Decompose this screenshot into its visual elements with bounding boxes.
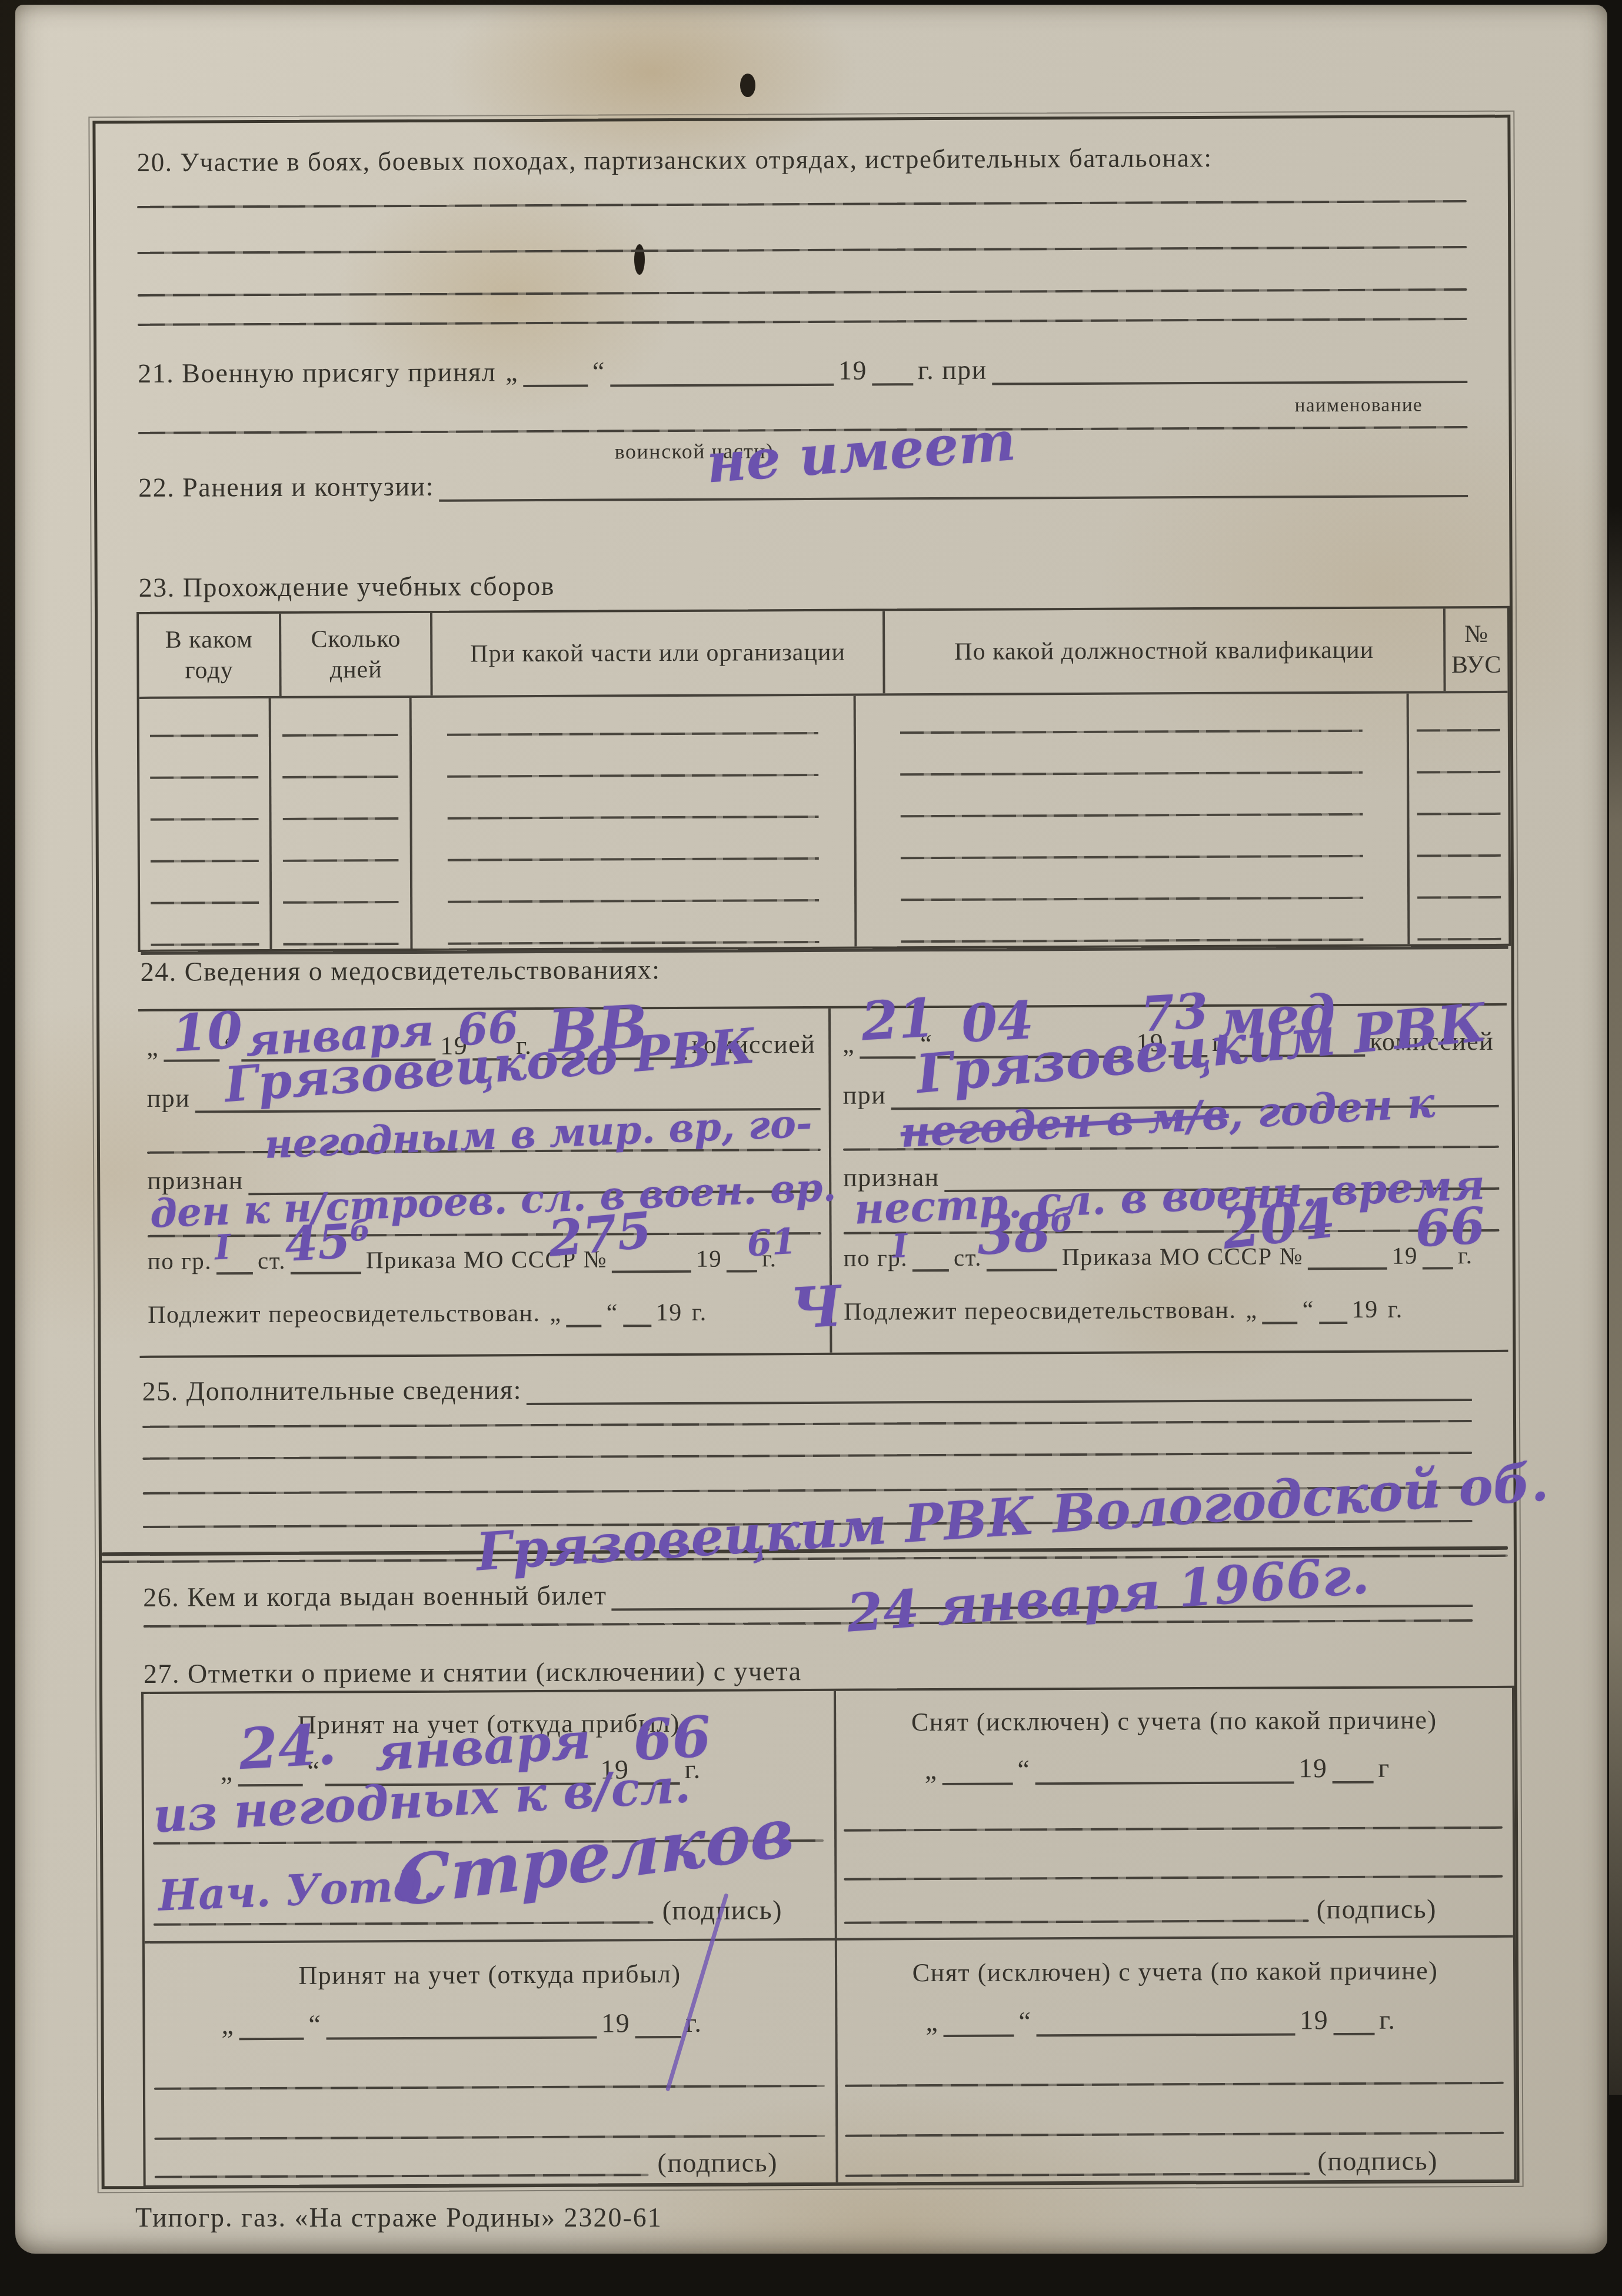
hw-gr: I	[891, 1226, 908, 1265]
g-label: г	[1373, 1752, 1395, 1783]
quote-close: “	[1012, 1753, 1035, 1785]
empty-cell	[412, 821, 854, 865]
empty-cell	[856, 777, 1407, 821]
blank-line	[845, 2132, 1504, 2137]
year-prefix: 19	[1295, 2004, 1333, 2035]
order-row: по гр. ст. Приказа МО СССР № 19 г.	[844, 1241, 1500, 1272]
year-prefix: 19	[691, 1245, 727, 1273]
accept-box-1: Принят на учет (откуда прибыл) „ “ 19 г.…	[144, 1691, 835, 1941]
quote-close: “	[304, 2009, 326, 2040]
accept-header: Принят на учет (откуда прибыл)	[145, 1958, 835, 1991]
blank-line	[844, 1875, 1503, 1881]
empty-cell	[272, 865, 410, 907]
empty-cell	[140, 907, 269, 950]
empty-cell	[412, 780, 854, 823]
reexam-month-blank	[1319, 1315, 1347, 1324]
empty-cell	[412, 863, 854, 907]
accept-box-2: Принят на учет (откуда прибыл) „ “ 19 г.…	[145, 1941, 836, 2185]
signature-line	[155, 2174, 649, 2178]
quote-close: “	[1297, 1296, 1318, 1324]
empty-cell	[271, 740, 409, 782]
table-col	[854, 694, 1408, 947]
blank-line	[137, 246, 1467, 254]
blank-line	[137, 200, 1467, 208]
reexam-month-blank	[623, 1317, 651, 1327]
blank-line	[138, 288, 1467, 297]
table-col	[409, 696, 855, 949]
g-label: г.	[1383, 1296, 1408, 1324]
year-blank	[872, 376, 913, 385]
year-prefix: 19	[834, 354, 872, 385]
day-blank	[943, 2027, 1014, 2037]
podpis-label: (подпись)	[1317, 2145, 1438, 2177]
remove-box-1: Снят (исключен) с учета (по какой причин…	[836, 1688, 1513, 1938]
blank-line	[845, 2082, 1504, 2087]
hw-order-no: 275	[546, 1200, 654, 1268]
empty-cell	[140, 866, 269, 908]
blank-line	[138, 318, 1467, 326]
date-row: „ “ 19 г.	[925, 2004, 1443, 2037]
g-label: г.	[1374, 2004, 1400, 2035]
col-header-unit: При какой части или организации	[430, 611, 883, 695]
quote-open: „	[545, 1299, 566, 1327]
hw-day: 24.	[237, 1712, 338, 1782]
year-blank	[1332, 1774, 1373, 1783]
hw-issued-by: Грязовецким РВК Вологодской об.	[474, 1451, 1550, 1582]
blank-line	[844, 1826, 1503, 1832]
col-header-vus: № ВУС	[1443, 608, 1508, 691]
table-header-row: В каком году Сколько дней При какой част…	[139, 608, 1508, 699]
section-27-label: 27. Отметки о приеме и снятии (исключени…	[144, 1655, 802, 1689]
section-22-label: 22. Ранения и контузии:	[138, 471, 439, 503]
year-blank	[635, 2029, 681, 2038]
po-gr-label: по гр.	[148, 1246, 217, 1275]
signature-line	[154, 1921, 654, 1926]
podpis-label: (подпись)	[657, 2147, 778, 2178]
hw-gr: I	[214, 1227, 232, 1267]
section-20-label: 20. Участие в боях, боевых походах, парт…	[137, 142, 1213, 178]
col-header-qualification: По какой должностной квалификации	[882, 608, 1443, 693]
month-blank	[326, 2029, 597, 2040]
quote-open: „	[842, 1029, 860, 1059]
blank-line	[154, 2085, 825, 2090]
hw-order-no: 204	[1219, 1186, 1338, 1262]
month-blank	[1035, 1774, 1294, 1785]
section-21-row: 21. Военную присягу принял „ “ 19 г. при	[138, 352, 1467, 389]
date-row: „ “ 19 г	[924, 1752, 1442, 1785]
remove-header: Снят (исключен) с учета (по какой причин…	[837, 1955, 1513, 1988]
year-prefix: 19	[1294, 1752, 1332, 1783]
quote-close: “	[1014, 2005, 1036, 2037]
order-blank	[612, 1263, 691, 1273]
table-col	[1407, 693, 1509, 944]
medical-exams-area: „ “ 19 г. комиссией 10 января 66 ВВ при	[138, 1003, 1508, 1358]
day-blank	[942, 1775, 1013, 1785]
blank-line	[154, 2135, 825, 2140]
hw-stray-mark: Ч	[789, 1273, 844, 1342]
pri-label: при	[842, 1080, 891, 1110]
g-pri-label: г. при	[913, 354, 992, 386]
blank-line	[142, 1420, 1472, 1428]
empty-cell	[1410, 818, 1508, 861]
hw-st: 38б	[975, 1200, 1075, 1267]
empty-cell	[1409, 735, 1508, 777]
gr-blank	[912, 1262, 949, 1272]
section-24-label: 24. Сведения о медосвидетельствованиях:	[141, 954, 661, 987]
empty-cell	[412, 738, 854, 781]
quote-open: „	[221, 2009, 239, 2040]
empty-cell	[139, 782, 269, 824]
month-blank	[610, 377, 834, 387]
empty-cell	[1410, 860, 1508, 903]
reexam-day-blank	[1263, 1315, 1298, 1324]
empty-cell	[412, 905, 854, 949]
quote-open: „	[925, 2006, 943, 2037]
medical-entry-right: „ “ 19 г. комиссией 21 04 73 мед при	[837, 1006, 1508, 1353]
table-col	[269, 698, 411, 949]
section-25-row: 25. Дополнительные сведения:	[142, 1370, 1472, 1407]
empty-cell	[139, 698, 269, 741]
hw-order-year: 61	[746, 1221, 797, 1265]
date-row: „ “ 19 г.	[221, 2006, 751, 2040]
reexam-label: Подлежит переосвидетельствован.	[148, 1299, 545, 1329]
year-blank	[1333, 2026, 1374, 2035]
print-shop-imprint: Типогр. газ. «На страже Родины» 2320-61	[135, 2202, 662, 2233]
quote-open: „	[924, 1754, 942, 1785]
year-prefix: 19	[1347, 1296, 1383, 1324]
notes-blank	[527, 1392, 1472, 1405]
empty-cell	[857, 903, 1407, 947]
hint-naimenovanie: наименование	[1250, 394, 1467, 417]
signature-line	[844, 1919, 1309, 1924]
reexam-row: Подлежит переосвидетельствован. „ “ 19 г…	[148, 1298, 821, 1329]
training-camps-table: В каком году Сколько дней При какой част…	[136, 606, 1511, 952]
section-25-label: 25. Дополнительные сведения:	[142, 1374, 527, 1407]
order-year-blank	[1423, 1260, 1453, 1269]
blank-line	[143, 1619, 1473, 1628]
year-prefix: 19	[597, 2007, 635, 2038]
scanned-military-card-page: 20. Участие в боях, боевых походах, парт…	[0, 0, 1622, 2296]
hw-order-year: 66	[1414, 1196, 1487, 1259]
empty-cell	[139, 740, 269, 783]
empty-cell	[272, 907, 410, 949]
empty-cell	[271, 698, 409, 740]
table-col	[139, 698, 270, 950]
quote-close: “	[588, 355, 610, 387]
col-header-days: Сколько дней	[279, 613, 431, 696]
reexam-label: Подлежит переосвидетельствован.	[844, 1296, 1241, 1326]
quote-open: „	[501, 356, 523, 387]
unit-blank	[992, 374, 1467, 385]
reexam-row: Подлежит переосвидетельствован. „ “ 19 г…	[844, 1295, 1500, 1326]
wounds-blank	[439, 488, 1468, 502]
blank-line	[142, 1452, 1472, 1460]
hw-st: 45б	[284, 1212, 372, 1272]
order-row: по гр. ст. Приказа МО СССР № 19 г.	[148, 1244, 821, 1275]
quote-open: „	[146, 1032, 164, 1062]
year-prefix: 19	[651, 1299, 687, 1327]
podpis-label: (подпись)	[1317, 1893, 1437, 1925]
empty-cell	[857, 819, 1407, 863]
section-21-label: 21. Военную присягу принял	[138, 356, 501, 389]
quote-open: „	[220, 1755, 238, 1786]
month-blank	[1036, 2026, 1295, 2037]
col-header-year: В каком году	[139, 614, 279, 697]
quote-open: „	[1241, 1296, 1262, 1325]
remove-box-2: Снят (исключен) с учета (по какой причин…	[837, 1938, 1514, 2182]
day-blank	[523, 378, 588, 387]
empty-cell	[272, 823, 410, 866]
empty-cell	[1410, 902, 1508, 944]
g-label: г.	[687, 1299, 712, 1327]
hw-day: 10	[171, 1000, 244, 1064]
empty-cell	[1409, 777, 1508, 819]
section-23-label: 23. Прохождение учебных сборов	[139, 570, 555, 603]
empty-cell	[857, 861, 1407, 905]
quote-close: “	[602, 1299, 623, 1327]
form-border-frame: 20. Участие в боях, боевых походах, парт…	[92, 115, 1519, 2189]
paper-tear-top	[740, 74, 755, 97]
reexam-day-blank	[567, 1318, 602, 1327]
next-page-edge	[1609, 506, 1622, 2095]
order-blank	[1308, 1260, 1387, 1270]
table-body	[139, 693, 1509, 950]
remove-header: Снят (исключен) с учета (по какой причин…	[836, 1705, 1512, 1738]
section-26-label: 26. Кем и когда выдан военный билет	[143, 1579, 611, 1612]
signature-line	[845, 2172, 1310, 2177]
empty-cell	[140, 824, 269, 866]
empty-cell	[1409, 693, 1508, 736]
registration-marks-table: Принят на учет (откуда прибыл) „ “ 19 г.…	[141, 1686, 1517, 2188]
empty-cell	[271, 781, 409, 824]
day-blank	[239, 2031, 304, 2040]
empty-cell	[412, 696, 854, 740]
empty-cell	[856, 736, 1407, 780]
medical-entry-left: „ “ 19 г. комиссией 10 января 66 ВВ при	[138, 1009, 830, 1356]
pri-label: при	[146, 1083, 195, 1113]
empty-cell	[856, 694, 1407, 738]
